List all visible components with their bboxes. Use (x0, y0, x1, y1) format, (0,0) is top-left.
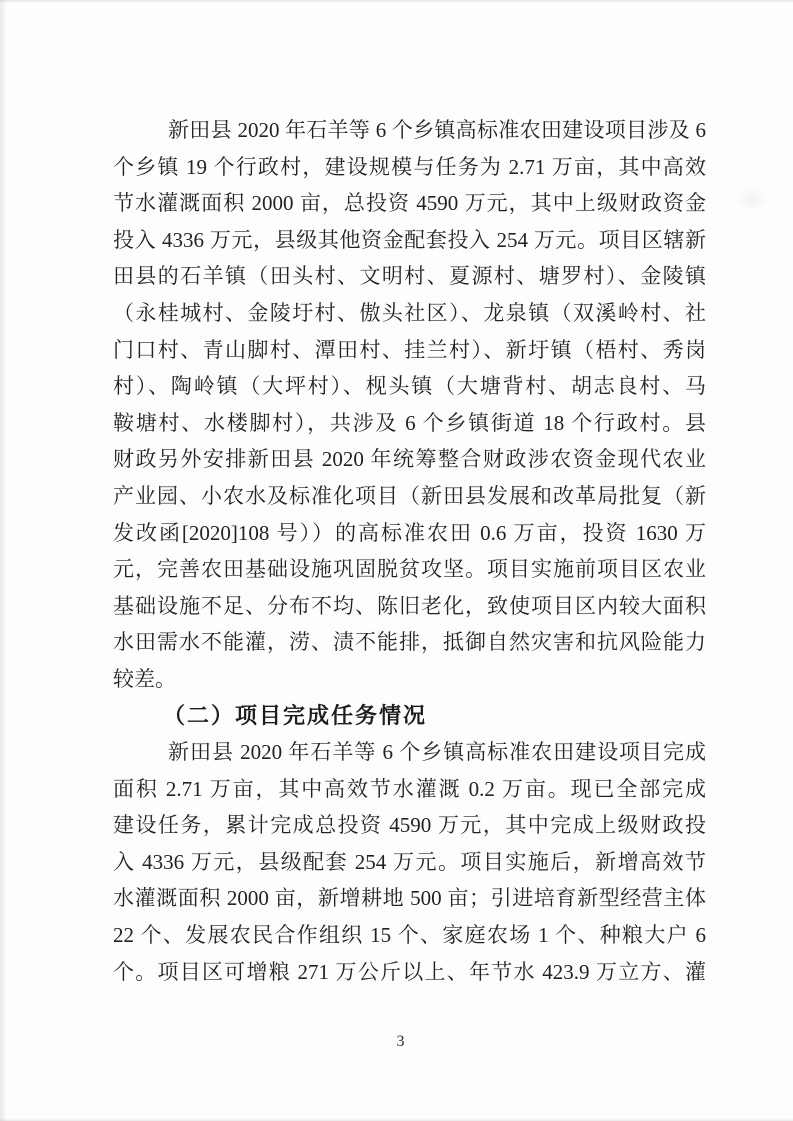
para1-line-11: 产业园、小农水及标准化项目（新田县发展和改革局批复（新 (113, 478, 706, 515)
para1-line-9: 鞍塘村、水楼脚村），共涉及 6 个乡镇街道 18 个行政村。县 (113, 405, 706, 442)
para1-line-4: 投入 4336 万元，县级其他资金配套投入 254 万元。项目区辖新 (113, 222, 706, 259)
para1-line-6: （永桂城村、金陵圩村、傲头社区）、龙泉镇（双溪岭村、社 (113, 295, 706, 332)
para2-line-7: 个。项目区可增粮 271 万公斤以上、年节水 423.9 万立方、灌 (113, 954, 706, 991)
para2-line-4: 入 4336 万元，县级配套 254 万元。项目实施后，新增高效节 (113, 844, 706, 881)
text-block: 新田县 2020 年石羊等 6 个乡镇高标准农田建设项目涉及 6 个乡镇 19 … (113, 112, 706, 990)
para2-line-2: 面积 2.71 万亩，其中高效节水灌溉 0.2 万亩。现已全部完成 (113, 771, 706, 808)
para1-line-12: 发改函[2020]108 号））的高标准农田 0.6 万亩，投资 1630 万 (113, 515, 706, 552)
para1-line-1: 新田县 2020 年石羊等 6 个乡镇高标准农田建设项目涉及 6 (113, 112, 706, 149)
para1-line-15: 水田需水不能灌，涝、渍不能排，抵御自然灾害和抗风险能力 (113, 624, 706, 661)
scan-edge-left (0, 0, 7, 1121)
para2-line-3: 建设任务，累计完成总投资 4590 万元，其中完成上级财政投 (113, 807, 706, 844)
para1-line-5: 田县的石羊镇（田头村、文明村、夏源村、塘罗村）、金陵镇 (113, 258, 706, 295)
para1-line-13: 元，完善农田基础设施巩固脱贫攻坚。项目实施前项目区农业 (113, 551, 706, 588)
para2-line-6: 22 个、发展农民合作组织 15 个、家庭农场 1 个、种粮大户 6 (113, 917, 706, 954)
section-heading: （二）项目完成任务情况 (113, 698, 706, 735)
scan-smudge (735, 188, 769, 210)
page-number: 3 (4, 1033, 793, 1051)
para2-line-1: 新田县 2020 年石羊等 6 个乡镇高标准农田建设项目完成 (113, 734, 706, 771)
scan-edge-top (0, 0, 793, 3)
para1-line-8: 村）、陶岭镇（大坪村）、枧头镇（大塘背村、胡志良村、马 (113, 368, 706, 405)
para2-line-5: 水灌溉面积 2000 亩，新增耕地 500 亩；引进培育新型经营主体 (113, 880, 706, 917)
document-page: 新田县 2020 年石羊等 6 个乡镇高标准农田建设项目涉及 6 个乡镇 19 … (0, 0, 793, 1121)
para1-line-2: 个乡镇 19 个行政村，建设规模与任务为 2.71 万亩，其中高效 (113, 149, 706, 186)
para1-line-7: 门口村、青山脚村、潭田村、挂兰村）、新圩镇（梧村、秀岗 (113, 332, 706, 369)
para1-line-14: 基础设施不足、分布不均、陈旧老化，致使项目区内较大面积 (113, 588, 706, 625)
para1-line-10: 财政另外安排新田县 2020 年统筹整合财政涉农资金现代农业 (113, 441, 706, 478)
para1-line-3: 节水灌溉面积 2000 亩，总投资 4590 万元，其中上级财政资金 (113, 185, 706, 222)
para1-line-16: 较差。 (113, 661, 706, 698)
